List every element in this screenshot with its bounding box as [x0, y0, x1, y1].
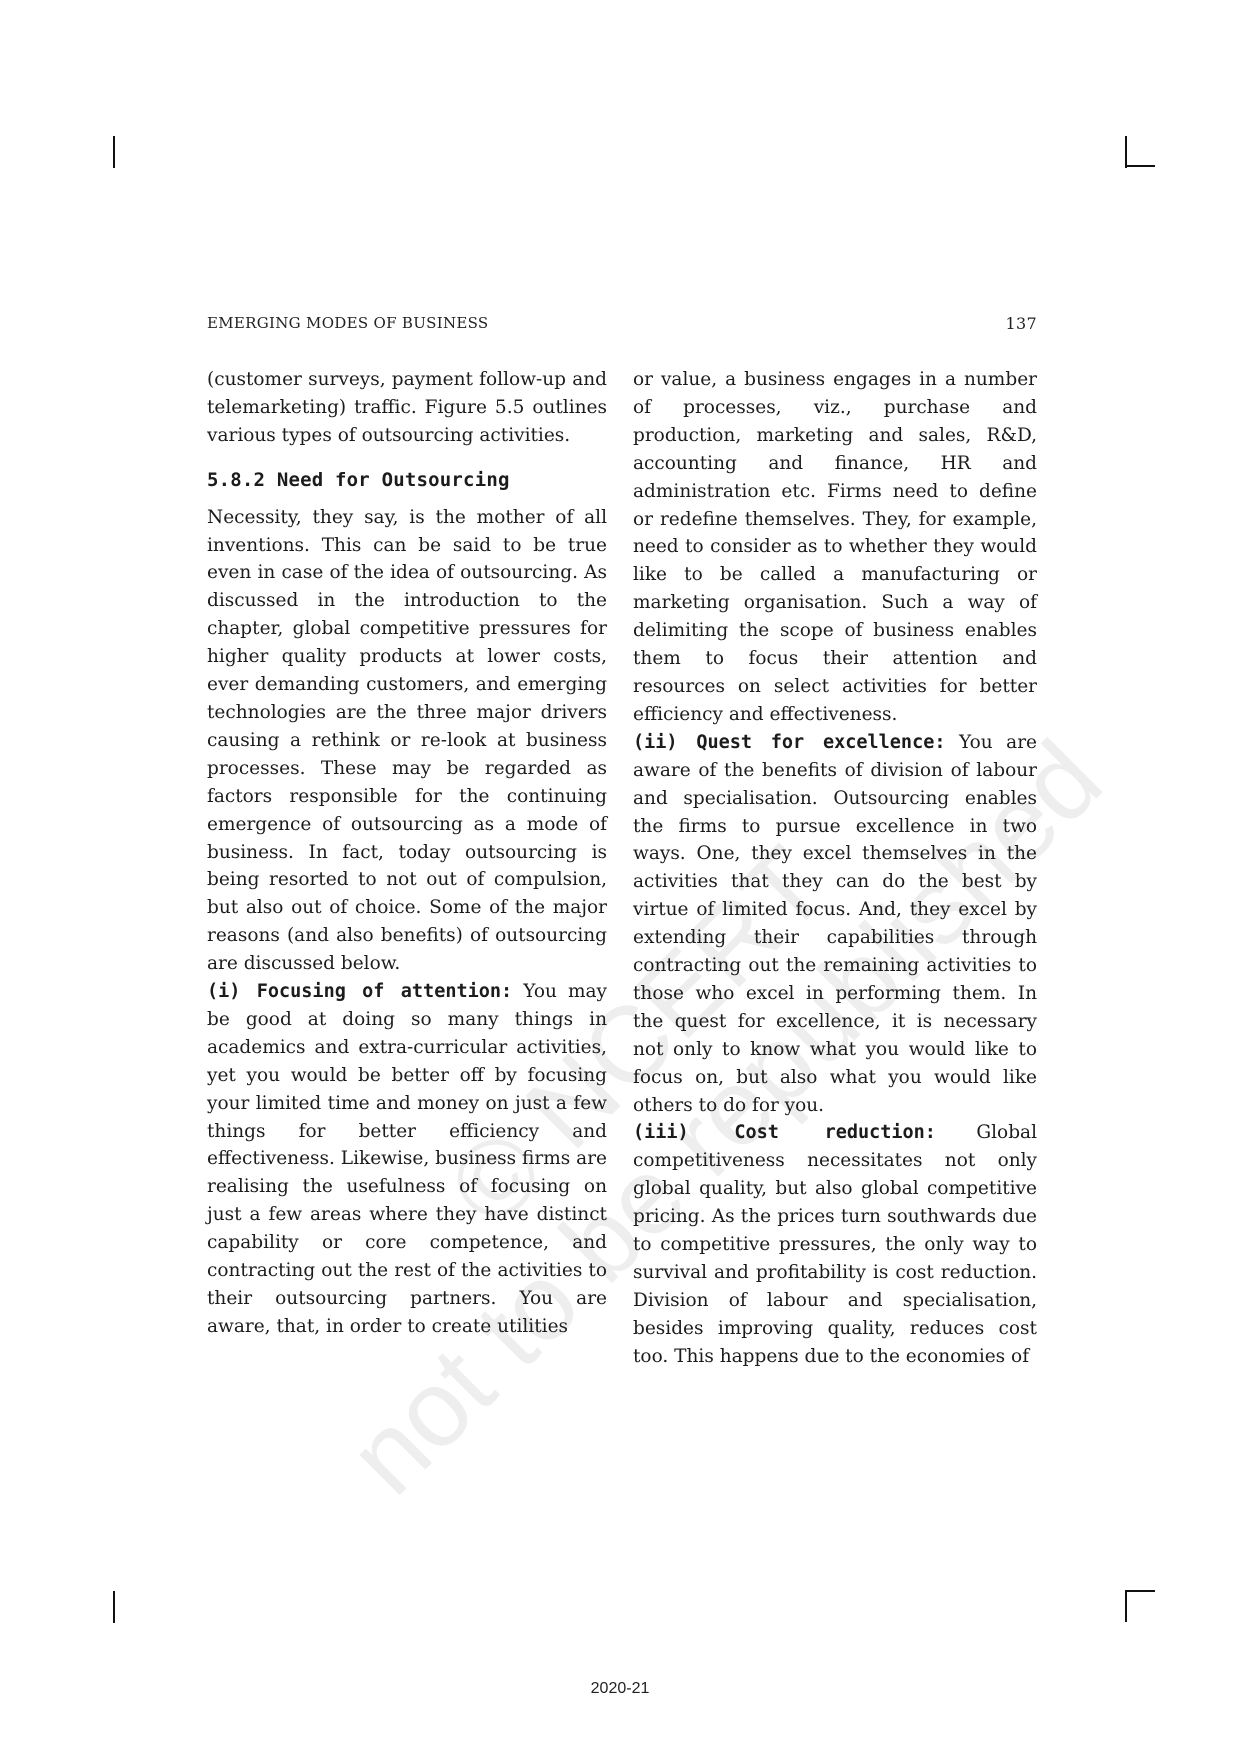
running-head-title: EMERGING MODES OF BUSINESS — [207, 314, 489, 332]
body-paragraph: Necessity, they say, is the mother of al… — [207, 504, 607, 978]
crop-mark-top-right-horizontal — [1125, 165, 1155, 167]
point-focusing-of-attention: (i) Focusing of attention: You may be go… — [207, 978, 607, 1341]
point-lead: (ii) Quest for excellence: — [633, 732, 945, 753]
crop-mark-top-left — [113, 136, 115, 168]
crop-mark-bottom-left — [113, 1591, 115, 1623]
point-lead: (iii) Cost reduction: — [633, 1122, 936, 1143]
crop-mark-bottom-right-vertical — [1125, 1590, 1127, 1622]
point-lead: (i) Focusing of attention: — [207, 981, 512, 1002]
intro-paragraph: (customer surveys, payment follow-up and… — [207, 366, 607, 450]
footer-year: 2020-21 — [0, 1680, 1240, 1698]
crop-mark-bottom-right-horizontal — [1125, 1590, 1155, 1592]
right-column: or value, a business engages in a number… — [633, 366, 1037, 1371]
point-text: Global competitiveness necessitates not … — [633, 1122, 1037, 1366]
point-text: You are aware of the benefits of divisio… — [633, 732, 1037, 1116]
point-text: You may be good at doing so many things … — [207, 981, 607, 1337]
section-heading: 5.8.2 Need for Outsourcing — [207, 467, 607, 495]
crop-mark-top-right-vertical — [1125, 136, 1127, 168]
point-cost-reduction: (iii) Cost reduction: Global competitive… — [633, 1119, 1037, 1370]
left-column: (customer surveys, payment follow-up and… — [207, 366, 607, 1341]
page-number: 137 — [1006, 314, 1037, 333]
continuation-paragraph: or value, a business engages in a number… — [633, 366, 1037, 729]
point-quest-for-excellence: (ii) Quest for excellence: You are aware… — [633, 729, 1037, 1120]
